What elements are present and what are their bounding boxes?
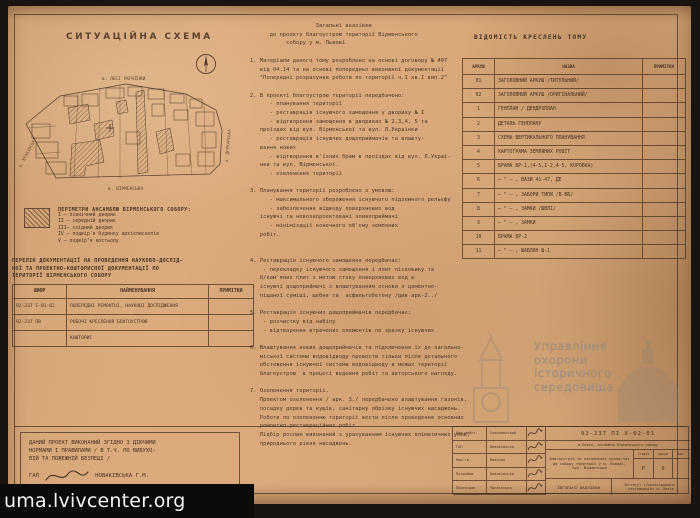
notes-line: міської системи водовідводу провести тіл… xyxy=(250,353,466,362)
notes-line: до проекту благоустрою території Вірменс… xyxy=(250,31,466,40)
stamp-text: Управління охорони історичного середовищ… xyxy=(534,340,614,394)
signature-row: Кер.майст. Соколовський xyxy=(453,427,545,441)
signature-mark-icon xyxy=(527,481,545,494)
drawings-cell-note xyxy=(643,202,685,216)
drawings-cell-sheet: 4 xyxy=(463,145,495,159)
stamp-tower-icon xyxy=(460,334,522,428)
drawings-cell-sheet: 6 xyxy=(463,173,495,187)
docs-table: ШИФР НАЙМЕНУВАННЯ ПРИМІТКИ 92-237 І-01-0… xyxy=(12,284,254,347)
drawings-cell-name: — " — , ВАЗИ 41-47, ДЕ xyxy=(495,173,643,187)
notes-line: природнього рівня насаджень. xyxy=(250,440,466,449)
drawings-cell-note xyxy=(643,88,685,102)
notes-line: - мінімізації конечного об'єму земляних xyxy=(250,222,466,231)
notes-line xyxy=(250,300,466,309)
name-label: Чаплінська xyxy=(487,481,527,494)
stage-value: Р xyxy=(633,458,653,478)
docs-list-heading: ПЕРЕЛІК ДОКУМЕНТАЦІЇ НА ПРОВЕДЕННЯ НАУКО… xyxy=(12,258,254,281)
stage-col-ark: Арк. xyxy=(672,449,690,458)
stage-value xyxy=(672,458,690,478)
notes-line: посадку дерев та кущів, санітарну обрізк… xyxy=(250,405,466,414)
table-row: 1 ГЕНПЛАН / ДЕНДРОПЛАН xyxy=(463,102,685,116)
project-title: Благоустрій та озеленення прилеглої до с… xyxy=(545,449,633,478)
table-row: 92-237 ПВ РОБОЧІ КРЕСЛЕННЯ БЛАГОУСТРОЮ xyxy=(13,314,253,330)
notes-line: вання нових xyxy=(250,144,466,153)
docs-cell-name: РОБОЧІ КРЕСЛЕННЯ БЛАГОУСТРОЮ xyxy=(67,314,209,330)
signer-name: НОВАКІВСЬКА Г.М. xyxy=(95,473,149,479)
sheet-name: Загальні вказівки xyxy=(545,478,611,495)
table-row: 6 — " — , ВАЗИ 41-47, ДЕ xyxy=(463,173,685,187)
drawings-cell-note xyxy=(643,131,685,145)
notes-line: - реставрація існуючих дощоприймачів та … xyxy=(250,135,466,144)
drawings-cell-sheet: 7 xyxy=(463,188,495,202)
notes-line: - реставрація існуючого замощення у двор… xyxy=(250,109,466,118)
stamp-line: історичного xyxy=(534,367,614,381)
notes-line: Загальні вказівки xyxy=(250,22,466,31)
signature-row: Кер.гр. Новачок xyxy=(453,454,545,468)
signature-mark-icon xyxy=(527,441,545,454)
notes-line: собору у м. Львові xyxy=(250,39,466,48)
notes-line xyxy=(250,379,466,388)
stamp-line: Управління xyxy=(534,340,614,354)
signature-row: ГАП Новаківська xyxy=(453,441,545,455)
docs-cell-code xyxy=(13,330,67,346)
table-row: 2 ДЕТАЛЬ ГЕНПЛАНУ xyxy=(463,117,685,131)
drawings-cell-name: — " — , ШАБЛОН Ш-1 xyxy=(495,244,643,258)
note-line: ВІЙ ТА ПОЖЕЖНІЙ БЕЗПЕЦІ / xyxy=(29,455,231,463)
drawings-cell-note xyxy=(643,74,685,88)
drawings-cell-note xyxy=(643,216,685,230)
notes-line: 5. Реставрація існуючих дощоприймачів пе… xyxy=(250,309,466,318)
drawings-cell-sheet: 2 xyxy=(463,117,495,131)
role-label: Кер.майст. xyxy=(453,427,487,440)
notes-line: Проектом озеленення / арк. 3./ передбаче… xyxy=(250,396,466,405)
table-row: 7 — " — , ЗАБОРИ ТИПИ /В-ВБ/ xyxy=(463,188,685,202)
notes-line: - відтворення втрачених елементів по зра… xyxy=(250,327,466,336)
notes-line: 3. Планування території розроблено з умо… xyxy=(250,187,466,196)
docs-heading-line: ПЕРЕЛІК ДОКУМЕНТАЦІЇ НА ПРОВЕДЕННЯ НАУКО… xyxy=(12,258,254,266)
notes-line: піщаної суміші, щебня та асфальтобетону … xyxy=(250,292,466,301)
drawings-cell-name: ЗАГОЛОВНИЙ АРКУШ /ОРИГІНАЛЬНИЙ/ xyxy=(495,88,643,102)
table-row: 4 КАРТОГРАМА ЗЕМЛЯНИХ РОБІТ xyxy=(463,145,685,159)
notes-line: благоустрою в процесі ведення робіт та а… xyxy=(250,370,466,379)
notes-line xyxy=(250,179,466,188)
notes-line: нки та вул. Вірменської. xyxy=(250,161,466,170)
stage-grid: Стадія Аркуш Арк. Р 0 xyxy=(633,449,690,478)
site-plan-title: СИТУАЦІЙНА СХЕМА xyxy=(66,32,213,42)
notes-line xyxy=(250,248,466,257)
notes-line xyxy=(250,240,466,249)
title-block: Кер.майст. Соколовський ГАП Новаківська xyxy=(452,426,689,494)
role-label: Розробив xyxy=(453,468,487,481)
role-label: ГАП xyxy=(453,441,487,454)
notes-line: - відтворення замощення в двориках № 2,3… xyxy=(250,118,466,127)
drawings-cell-name: ЗАГОЛОВНИЙ АРКУШ /ТИТУЛЬНИЙ/ xyxy=(495,74,643,88)
table-row: 11 — " — , ШАБЛОН Ш-1 xyxy=(463,244,685,258)
stamp-dome-icon xyxy=(608,338,688,426)
drawings-cell-note xyxy=(643,159,685,173)
notes-line: - озеленення території xyxy=(250,170,466,179)
role-label: Перевірив xyxy=(453,481,487,494)
notes-line: б/кам'яних плит з метою стоку поверхневи… xyxy=(250,274,466,283)
street-label-right: в. ДРУКАРСЬКА xyxy=(224,129,232,163)
notes-line: - максимального збереження існуючого під… xyxy=(250,196,466,205)
drawings-cell-name: — " — , ЗАМКИ /ШВЛІ/ xyxy=(495,202,643,216)
drawings-col-name: НАЗВА xyxy=(495,59,643,74)
drawings-cell-name: КАРТОГРАМА ЗЕМЛЯНИХ РОБІТ xyxy=(495,145,643,159)
drawings-col-note: ПРИМІТКИ xyxy=(643,59,685,74)
role-label: Кер.гр. xyxy=(453,454,487,467)
drawings-cell-note xyxy=(643,230,685,244)
table-row: 02 ЗАГОЛОВНИЙ АРКУШ /ОРИГІНАЛЬНИЙ/ xyxy=(463,88,685,102)
hatch-swatch-icon xyxy=(24,208,50,228)
table-row: 92-237 І-01-02 ПОПЕРЕДНІ РЕМОНТНІ, НАУКО… xyxy=(13,298,253,314)
name-label: Новаківська xyxy=(487,441,527,454)
organization-name: Інститут «Укрзахідпроект-реставрація» м.… xyxy=(611,478,690,495)
title-block-subtitle: м.Львів, ансамбль Вірменського собору xyxy=(545,440,690,449)
drawings-cell-name: БРАМА БР-1,(4-5,1-2,4-5, КОРОБКА) xyxy=(495,159,643,173)
table-row: 8 — " — , ЗАМКИ /ШВЛІ/ xyxy=(463,202,685,216)
signature-mark-icon xyxy=(527,454,545,467)
drawings-table: АРКУШ НАЗВА ПРИМІТКИ 01 ЗАГОЛОВНИЙ АРКУШ… xyxy=(462,58,686,259)
signer-role: ГАП xyxy=(29,473,39,479)
street-label-top: в. ЛЕСІ УКРАЇНКИ xyxy=(102,75,146,82)
drawings-cell-note xyxy=(643,145,685,159)
notes-line: робіт. xyxy=(250,231,466,240)
legend-items: І — північний дворик ІІ — середній двори… xyxy=(58,213,238,245)
notes-line: 2. В проекті благоустрою території перед… xyxy=(250,92,466,101)
stamp-watermark: Управління охорони історичного середовищ… xyxy=(460,334,688,430)
drawings-cell-sheet: 02 xyxy=(463,88,495,102)
watermark-strip: uma.lvivcenter.org xyxy=(0,484,254,518)
table-row: 9 — " — , ЗАМКИ xyxy=(463,216,685,230)
notes-line: 1. Матеріали даного тому розроблено на о… xyxy=(250,57,466,66)
notes-line: існуючі та новозапроектовані зливоприйма… xyxy=(250,213,466,222)
docs-col-note: ПРИМІТКИ xyxy=(209,285,253,298)
notes-line: обстеження існуючої системи водовідводу … xyxy=(250,361,466,370)
drawings-cell-sheet: 01 xyxy=(463,74,495,88)
note-line: НОРМАМИ І ПРАВИЛАМИ / В Т.Ч. ПО ВИБУХО- xyxy=(29,447,231,455)
docs-col-code: ШИФР xyxy=(13,285,67,298)
notes-line: 6. Влаштування нових дощоприймачів та пі… xyxy=(250,344,466,353)
drawings-cell-name: СХЕМА ВЕРТИКАЛЬНОГО ПЛАНУВАННЯ xyxy=(495,131,643,145)
notes-line: 4. Реставрація існуючого замощення перед… xyxy=(250,257,466,266)
drawings-cell-sheet: 5 xyxy=(463,159,495,173)
notes-line: Роботи по озелененню території вести піс… xyxy=(250,414,466,423)
docs-cell-name: ПОПЕРЕДНІ РЕМОНТНІ, НАУКОВІ ДОСЛІДЖЕННЯ xyxy=(67,298,209,314)
general-notes: Загальні вказівки до проекту благоустрою… xyxy=(250,22,466,448)
notes-line: - перекладку існуючого замощення і плит … xyxy=(250,266,466,275)
signature-row: Розробив Новаківська xyxy=(453,468,545,482)
drawings-cell-sheet: 1 xyxy=(463,102,495,116)
drawings-cell-sheet: 10 xyxy=(463,230,495,244)
drawings-cell-name: — " — , ЗАБОРИ ТИПИ /В-ВБ/ xyxy=(495,188,643,202)
signature-row: Перевірив Чаплінська xyxy=(453,481,545,495)
notes-line: Підбір рослин виконаний з урахуванням іс… xyxy=(250,431,466,440)
stage-col-arkush: Аркуш xyxy=(653,449,672,458)
stage-col-stadia: Стадія xyxy=(633,449,653,458)
docs-cell-note xyxy=(209,314,253,330)
docs-cell-note xyxy=(209,298,253,314)
docs-cell-code: 92-237 І-01-02 xyxy=(13,298,67,314)
docs-cell-code: 92-237 ПВ xyxy=(13,314,67,330)
note-box: ДАНИЙ ПРОЕКТ ВИКОНАНИЙ ЗГІДНО З ДІЮЧИМИ … xyxy=(20,432,240,490)
name-label: Соколовський xyxy=(487,427,527,440)
scanned-sheet: СИТУАЦІЙНА СХЕМА xyxy=(8,6,691,504)
drawings-cell-note xyxy=(643,244,685,258)
table-row: КОШТОРИС xyxy=(13,330,253,346)
notes-line xyxy=(250,48,466,57)
note-line: ДАНИЙ ПРОЕКТ ВИКОНАНИЙ ЗГІДНО З ДІЮЧИМИ xyxy=(29,439,231,447)
drawings-cell-sheet: 11 xyxy=(463,244,495,258)
notes-line: - розчистку від набілу xyxy=(250,318,466,327)
notes-line xyxy=(250,335,466,344)
notes-line: - забезпечення відводу поверхневих вод xyxy=(250,205,466,214)
table-row: 3 СХЕМА ВЕРТИКАЛЬНОГО ПЛАНУВАННЯ xyxy=(463,131,685,145)
notes-line: - планування території xyxy=(250,100,466,109)
watermark-url: uma.lvivcenter.org xyxy=(0,490,185,512)
drawings-cell-name: БРАМА БР-2 xyxy=(495,230,643,244)
drawings-col-sheet: АРКУШ xyxy=(463,59,495,74)
doc-number: 92-237 ПІ Х-02-01 xyxy=(545,427,690,440)
drawings-cell-sheet: 3 xyxy=(463,131,495,145)
drawings-cell-note xyxy=(643,188,685,202)
notes-line: ремонтно-реставраційних робіт. xyxy=(250,422,466,431)
notes-line: існуючі дощоприймачі з влаштуванням осно… xyxy=(250,283,466,292)
signature-mark-icon xyxy=(527,427,545,440)
notes-line: - відтворення в'їзних брам в проїздах ві… xyxy=(250,153,466,162)
drawings-cell-name: ГЕНПЛАН / ДЕНДРОПЛАН xyxy=(495,102,643,116)
notes-line xyxy=(250,83,466,92)
signature-mark-icon xyxy=(527,468,545,481)
drawings-cell-name: ДЕТАЛЬ ГЕНПЛАНУ xyxy=(495,117,643,131)
stamp-line: середовища xyxy=(534,381,614,395)
legend-item: V — подвір'я костьолу xyxy=(58,239,238,245)
drawings-cell-note xyxy=(643,102,685,116)
drawings-cell-sheet: 9 xyxy=(463,216,495,230)
table-row: 01 ЗАГОЛОВНИЙ АРКУШ /ТИТУЛЬНИЙ/ xyxy=(463,74,685,88)
signature-mark-icon xyxy=(44,469,90,483)
docs-cell-name: КОШТОРИС xyxy=(67,330,209,346)
drawings-cell-sheet: 8 xyxy=(463,202,495,216)
notes-line: 7. Озеленення території. xyxy=(250,387,466,396)
notes-line: від 04.14 та на основі попередньо викона… xyxy=(250,66,466,75)
docs-cell-note xyxy=(209,330,253,346)
stage-value: 0 xyxy=(653,458,672,478)
street-label-bottom: в. ВІРМЕНСЬКА xyxy=(108,186,144,192)
drawings-cell-name: — " — , ЗАМКИ xyxy=(495,216,643,230)
notes-line: проїздах від вул. Вірменської та вул. Л.… xyxy=(250,126,466,135)
docs-heading-line: ТЕРИТОРІЇ ВІРМЕНСЬКОГО СОБОРУ xyxy=(12,273,254,281)
site-plan-map: в. ЛЕСІ УКРАЇНКИ в. ВІРМЕНСЬКА в. КРАКІВ… xyxy=(16,70,242,208)
screenshot-root: СИТУАЦІЙНА СХЕМА xyxy=(0,0,700,518)
drawings-table-title: ВІДОМІСТЬ КРЕСЛЕНЬ ТОМУ xyxy=(474,34,587,41)
street-label-left: в. КРАКІВСЬКА xyxy=(18,137,38,169)
notes-line: "Попередні розрахунки роботи по територі… xyxy=(250,74,466,83)
docs-col-name: НАЙМЕНУВАННЯ xyxy=(67,285,209,298)
signature-table: Кер.майст. Соколовський ГАП Новаківська xyxy=(453,427,545,495)
drawings-cell-note xyxy=(643,117,685,131)
name-label: Новачок xyxy=(487,454,527,467)
name-label: Новаківська xyxy=(487,468,527,481)
table-row: 5 БРАМА БР-1,(4-5,1-2,4-5, КОРОБКА) xyxy=(463,159,685,173)
stamp-line: охорони xyxy=(534,354,614,368)
drawings-cell-note xyxy=(643,173,685,187)
table-row: 10 БРАМА БР-2 xyxy=(463,230,685,244)
